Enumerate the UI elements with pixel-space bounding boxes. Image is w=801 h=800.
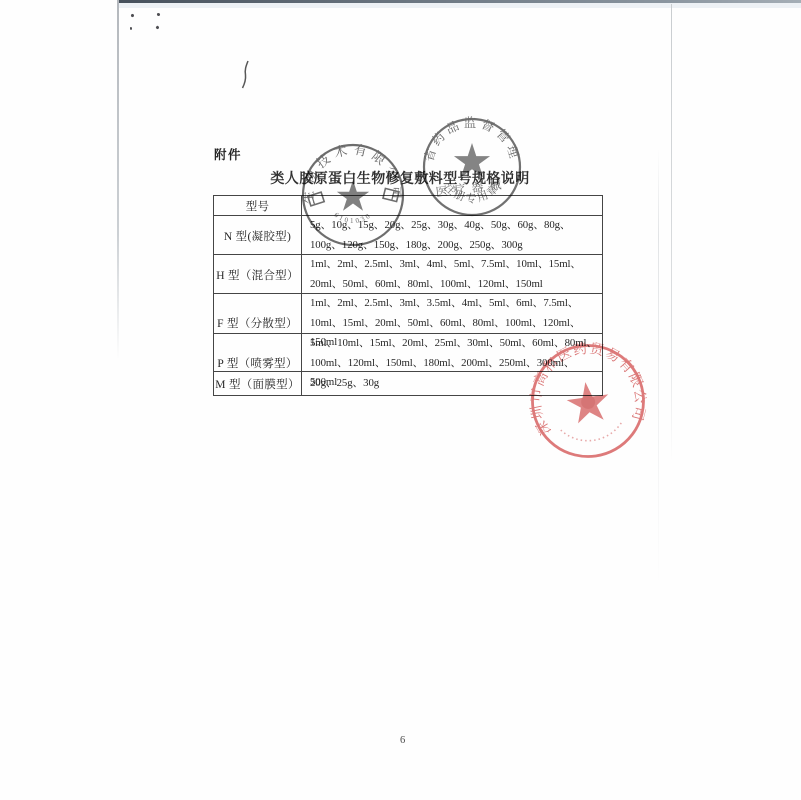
model-cell: H 型（混合型）: [214, 255, 302, 294]
scan-top-tint: [118, 3, 801, 8]
red-company-seal-stamp: 深圳市高和医药贸易有限公司: [529, 342, 647, 460]
page-number: 6: [400, 735, 405, 746]
attachment-label: 附件: [214, 145, 242, 163]
star-icon: [337, 180, 369, 211]
svg-text:6101030: 6101030: [333, 211, 374, 225]
seal-serial-marks: [561, 421, 624, 444]
scan-fold-line: [671, 4, 672, 462]
model-cell: M 型（面膜型）: [214, 372, 302, 395]
table-header-row: 型号: [214, 196, 602, 216]
table-row: N 型(凝胶型) 5g、10g、15g、20g、25g、30g、40g、50g、…: [214, 216, 602, 255]
ink-speck: [157, 13, 161, 17]
scanned-document-page: 附件 类人胶原蛋白生物修复敷料型号规格说明 型号 N 型(凝胶型) 5g、10g…: [0, 0, 801, 800]
model-column-header: 型号: [214, 196, 302, 215]
ink-speck: [155, 25, 159, 29]
model-cell: N 型(凝胶型): [214, 216, 302, 255]
company-seal-stamp: 生物技术有限公司 6101030: [300, 142, 406, 248]
regulator-seal-stamp: 省药品监督管理 医疗器械 注册专用章: [421, 116, 523, 218]
ink-speck: [130, 27, 132, 30]
table-row: H 型（混合型） 1ml、2ml、2.5ml、3ml、4ml、5ml、7.5ml…: [214, 255, 602, 294]
ink-speck: [131, 14, 135, 18]
seal-serial-text: 6101030: [333, 211, 374, 225]
scan-left-edge: [117, 0, 119, 360]
scan-fold-line-2: [658, 148, 659, 588]
table-row: F 型（分散型） 1ml、2ml、2.5ml、3ml、3.5ml、4ml、5ml…: [214, 294, 602, 334]
star-icon: [454, 143, 490, 177]
spec-cell: 1ml、2ml、2.5ml、3ml、4ml、5ml、7.5ml、10ml、15m…: [302, 255, 602, 294]
pen-mark: [236, 58, 256, 92]
